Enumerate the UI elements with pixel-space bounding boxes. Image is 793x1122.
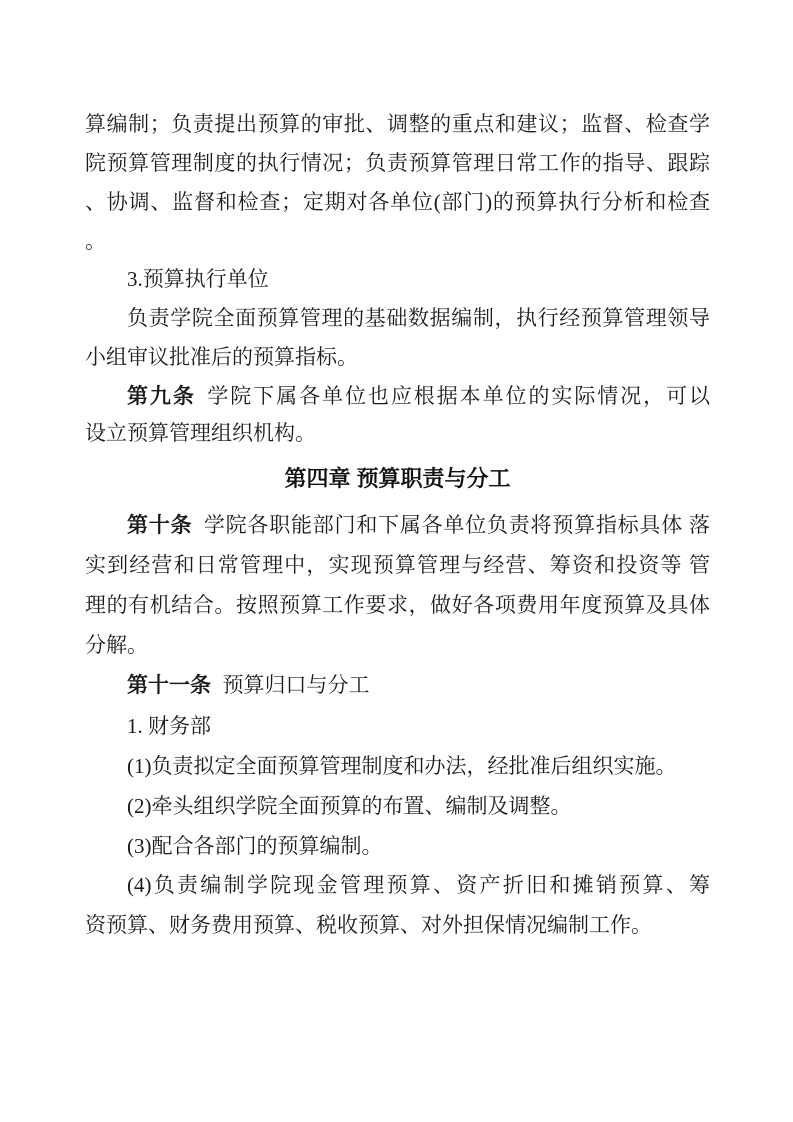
para-line: 小组审议批准后的预算指标。 — [85, 346, 710, 369]
article-10-label: 第十条 — [127, 513, 192, 537]
chapter-heading: 第四章 预算职责与分工 — [85, 466, 710, 491]
para-line: 算编制；负责提出预算的审批、调整的重点和建议；监督、检查学 — [85, 113, 710, 136]
article-10-line: 第十条学院各职能部门和下属各单位负责将预算指标具体 落 — [85, 514, 710, 537]
para-line: 资预算、财务费用预算、税收预算、对外担保情况编制工作。 — [85, 914, 710, 937]
para-line: 分解。 — [85, 634, 710, 657]
list-item: (2)牵头组织学院全面预算的布置、编制及调整。 — [85, 795, 710, 818]
para-line: 设立预算管理组织机构。 — [85, 422, 710, 445]
list-item-heading: 1. 财务部 — [85, 715, 710, 738]
para-line: 、协调、监督和检查；定期对各单位(部门)的预算执行分析和检查 — [85, 191, 710, 214]
list-item-heading: 3.预算执行单位 — [85, 268, 710, 291]
article-9-text: 学院下属各单位也应根据本单位的实际情况，可以 — [207, 384, 710, 408]
list-item: (1)负责拟定全面预算管理制度和办法，经批准后组织实施。 — [85, 755, 710, 778]
list-item: (3)配合各部门的预算编制。 — [85, 835, 710, 858]
para-line: 实到经营和日常管理中，实现预算管理与经营、筹资和投资等 管 — [85, 554, 710, 577]
list-item: (4)负责编制学院现金管理预算、资产折旧和摊销预算、筹 — [85, 874, 710, 897]
article-11-line: 第十一条预算归口与分工 — [85, 674, 710, 697]
para-line: 负责学院全面预算管理的基础数据编制，执行经预算管理领导 — [85, 307, 710, 330]
para-line: 理的有机结合。按照预算工作要求，做好各项费用年度预算及具体 — [85, 594, 710, 617]
article-10-text: 学院各职能部门和下属各单位负责将预算指标具体 落 — [204, 513, 710, 537]
article-9-line: 第九条学院下属各单位也应根据本单位的实际情况，可以 — [85, 385, 710, 408]
article-11-label: 第十一条 — [127, 673, 211, 697]
para-line: 。 — [85, 230, 710, 253]
article-9-label: 第九条 — [127, 384, 196, 408]
para-line: 院预算管理制度的执行情况；负责预算管理日常工作的指导、跟踪 — [85, 152, 710, 175]
document-page: 算编制；负责提出预算的审批、调整的重点和建议；监督、检查学 院预算管理制度的执行… — [0, 0, 793, 1122]
article-11-text: 预算归口与分工 — [223, 673, 370, 697]
